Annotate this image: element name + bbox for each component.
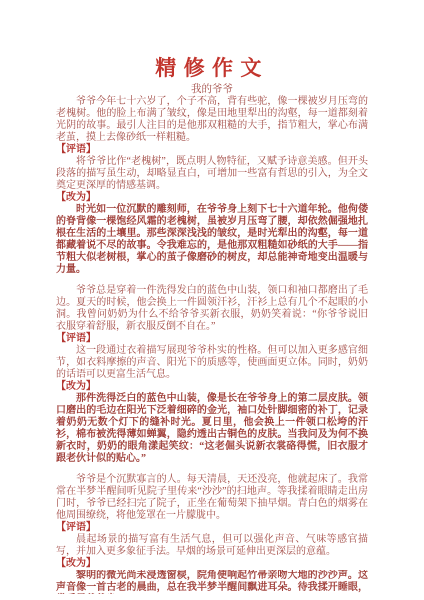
essay-paragraph-1: 爷爷今年七十六岁了，个子不高，背有些驼，像一棵被岁月压弯的老槐树。他的脸上布满了… <box>56 96 368 144</box>
comment-text-1: 将爷爷比作“老槐树”，既点明人物特征，又赋予诗意美感。但开头段落的描写虽生动，却… <box>56 156 368 192</box>
comment-text-2: 这一段通过衣着描写展现爷爷朴实的性格。但可以加入更多感官细节，如衣料摩擦的声音、… <box>56 345 368 381</box>
paragraph-spacer <box>56 276 368 285</box>
comment-label-1: 【评语】 <box>56 144 368 156</box>
essay-paragraph-2: 爷爷总是穿着一件洗得发白的蓝色中山装，领口和袖口都磨出了毛边。夏天的时候，他会换… <box>56 285 368 333</box>
revise-text-2: 那件洗得泛白的蓝色中山装，像是长在爷爷身上的第二层皮肤。领口磨出的毛边在阳光下泛… <box>56 393 368 465</box>
revise-label-2: 【改为】 <box>56 381 368 393</box>
comment-label-3: 【评语】 <box>56 522 368 534</box>
document-page: 精修作文 我的爷爷 爷爷今年七十六岁了，个子不高，背有些驼，像一棵被岁月压弯的老… <box>0 0 424 600</box>
essay-paragraph-3: 爷爷是个沉默寡言的人。每天清晨，天还没亮，他就起床了。我常常在半梦半醒间听见院子… <box>56 474 368 522</box>
essay-title: 我的爷爷 <box>56 83 368 96</box>
revise-label-3: 【改为】 <box>56 558 368 570</box>
revise-label-1: 【改为】 <box>56 192 368 204</box>
comment-label-2: 【评语】 <box>56 333 368 345</box>
revise-text-3: 黎明的微光尚未浸透窗棂，院角便响起竹帚亲吻大地的沙沙声。这声音像一首古老的晨曲，… <box>56 570 368 594</box>
comment-text-3: 晨起场景的描写富有生活气息，但可以强化声音、气味等感官描写，并加入更多象征手法。… <box>56 534 368 558</box>
revise-text-1: 时光如一位沉默的雕刻师，在爷爷身上刻下七十六道年轮。他佝偻的脊背像一棵饱经风霜的… <box>56 204 368 276</box>
paragraph-spacer <box>56 465 368 474</box>
page-title: 精修作文 <box>56 56 368 80</box>
